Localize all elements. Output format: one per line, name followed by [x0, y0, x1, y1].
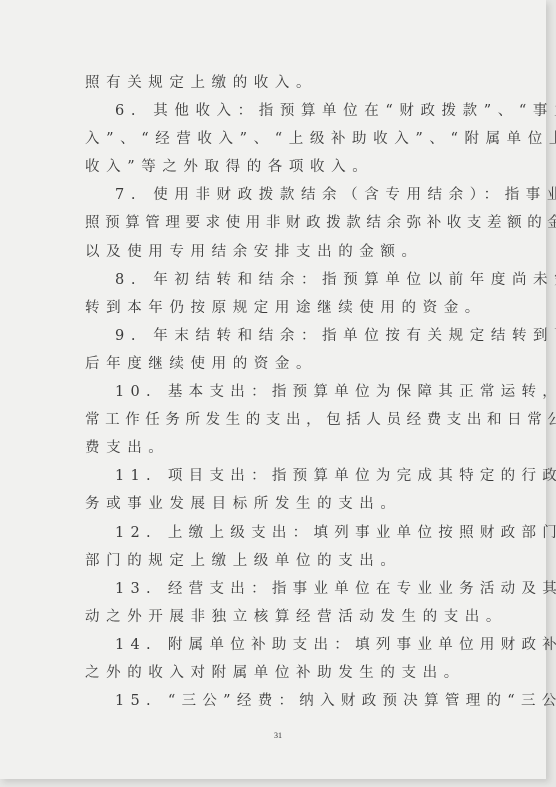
text-line: 8. 年初结转和结余：指预算单位以前年度尚未完成、结 [85, 266, 475, 294]
text-line: 以及使用专用结余安排支出的金额。 [85, 238, 475, 266]
text-line: 12. 上缴上级支出：填列事业单位按照财政部门和主管 [85, 519, 475, 547]
text-line: 11. 项目支出：指预算单位为完成其特定的行政工作任 [85, 462, 475, 490]
text-line: 入”、“经营收入”、“上级补助收入”、“附属单位上缴 [85, 125, 475, 153]
document-page: 照有关规定上缴的收入。 6. 其他收入：指预算单位在“财政拨款”、“事业收 入”… [0, 0, 546, 779]
text-line: 照预算管理要求使用非财政拨款结余弥补收支差额的金额， [85, 209, 475, 237]
text-line: 14. 附属单位补助支出：填列事业单位用财政补助收入 [85, 631, 475, 659]
text-line: 9. 年末结转和结余：指单位按有关规定结转到下年或以 [85, 322, 475, 350]
text-line: 7. 使用非财政拨款结余（含专用结余）：指事业单位按 [85, 181, 475, 209]
text-line: 照有关规定上缴的收入。 [85, 69, 475, 97]
text-line: 6. 其他收入：指预算单位在“财政拨款”、“事业收 [85, 97, 475, 125]
text-line: 后年度继续使用的资金。 [85, 350, 475, 378]
text-line: 15. “三公”经费：纳入财政预决算管理的“三公”经 [85, 687, 475, 715]
text-line: 之外的收入对附属单位补助发生的支出。 [85, 659, 475, 687]
text-line: 转到本年仍按原规定用途继续使用的资金。 [85, 294, 475, 322]
text-line: 部门的规定上缴上级单位的支出。 [85, 547, 475, 575]
text-line: 常工作任务所发生的支出，包括人员经费支出和日常公用经 [85, 406, 475, 434]
body-text: 照有关规定上缴的收入。 6. 其他收入：指预算单位在“财政拨款”、“事业收 入”… [85, 69, 475, 715]
page-number: 31 [0, 731, 556, 740]
text-line: 10. 基本支出：指预算单位为保障其正常运转，完成日 [85, 378, 475, 406]
text-line: 13. 经营支出：指事业单位在专业业务活动及其辅助活 [85, 575, 475, 603]
text-line: 收入”等之外取得的各项收入。 [85, 153, 475, 181]
text-line: 费支出。 [85, 434, 475, 462]
text-line: 务或事业发展目标所发生的支出。 [85, 490, 475, 518]
text-line: 动之外开展非独立核算经营活动发生的支出。 [85, 603, 475, 631]
